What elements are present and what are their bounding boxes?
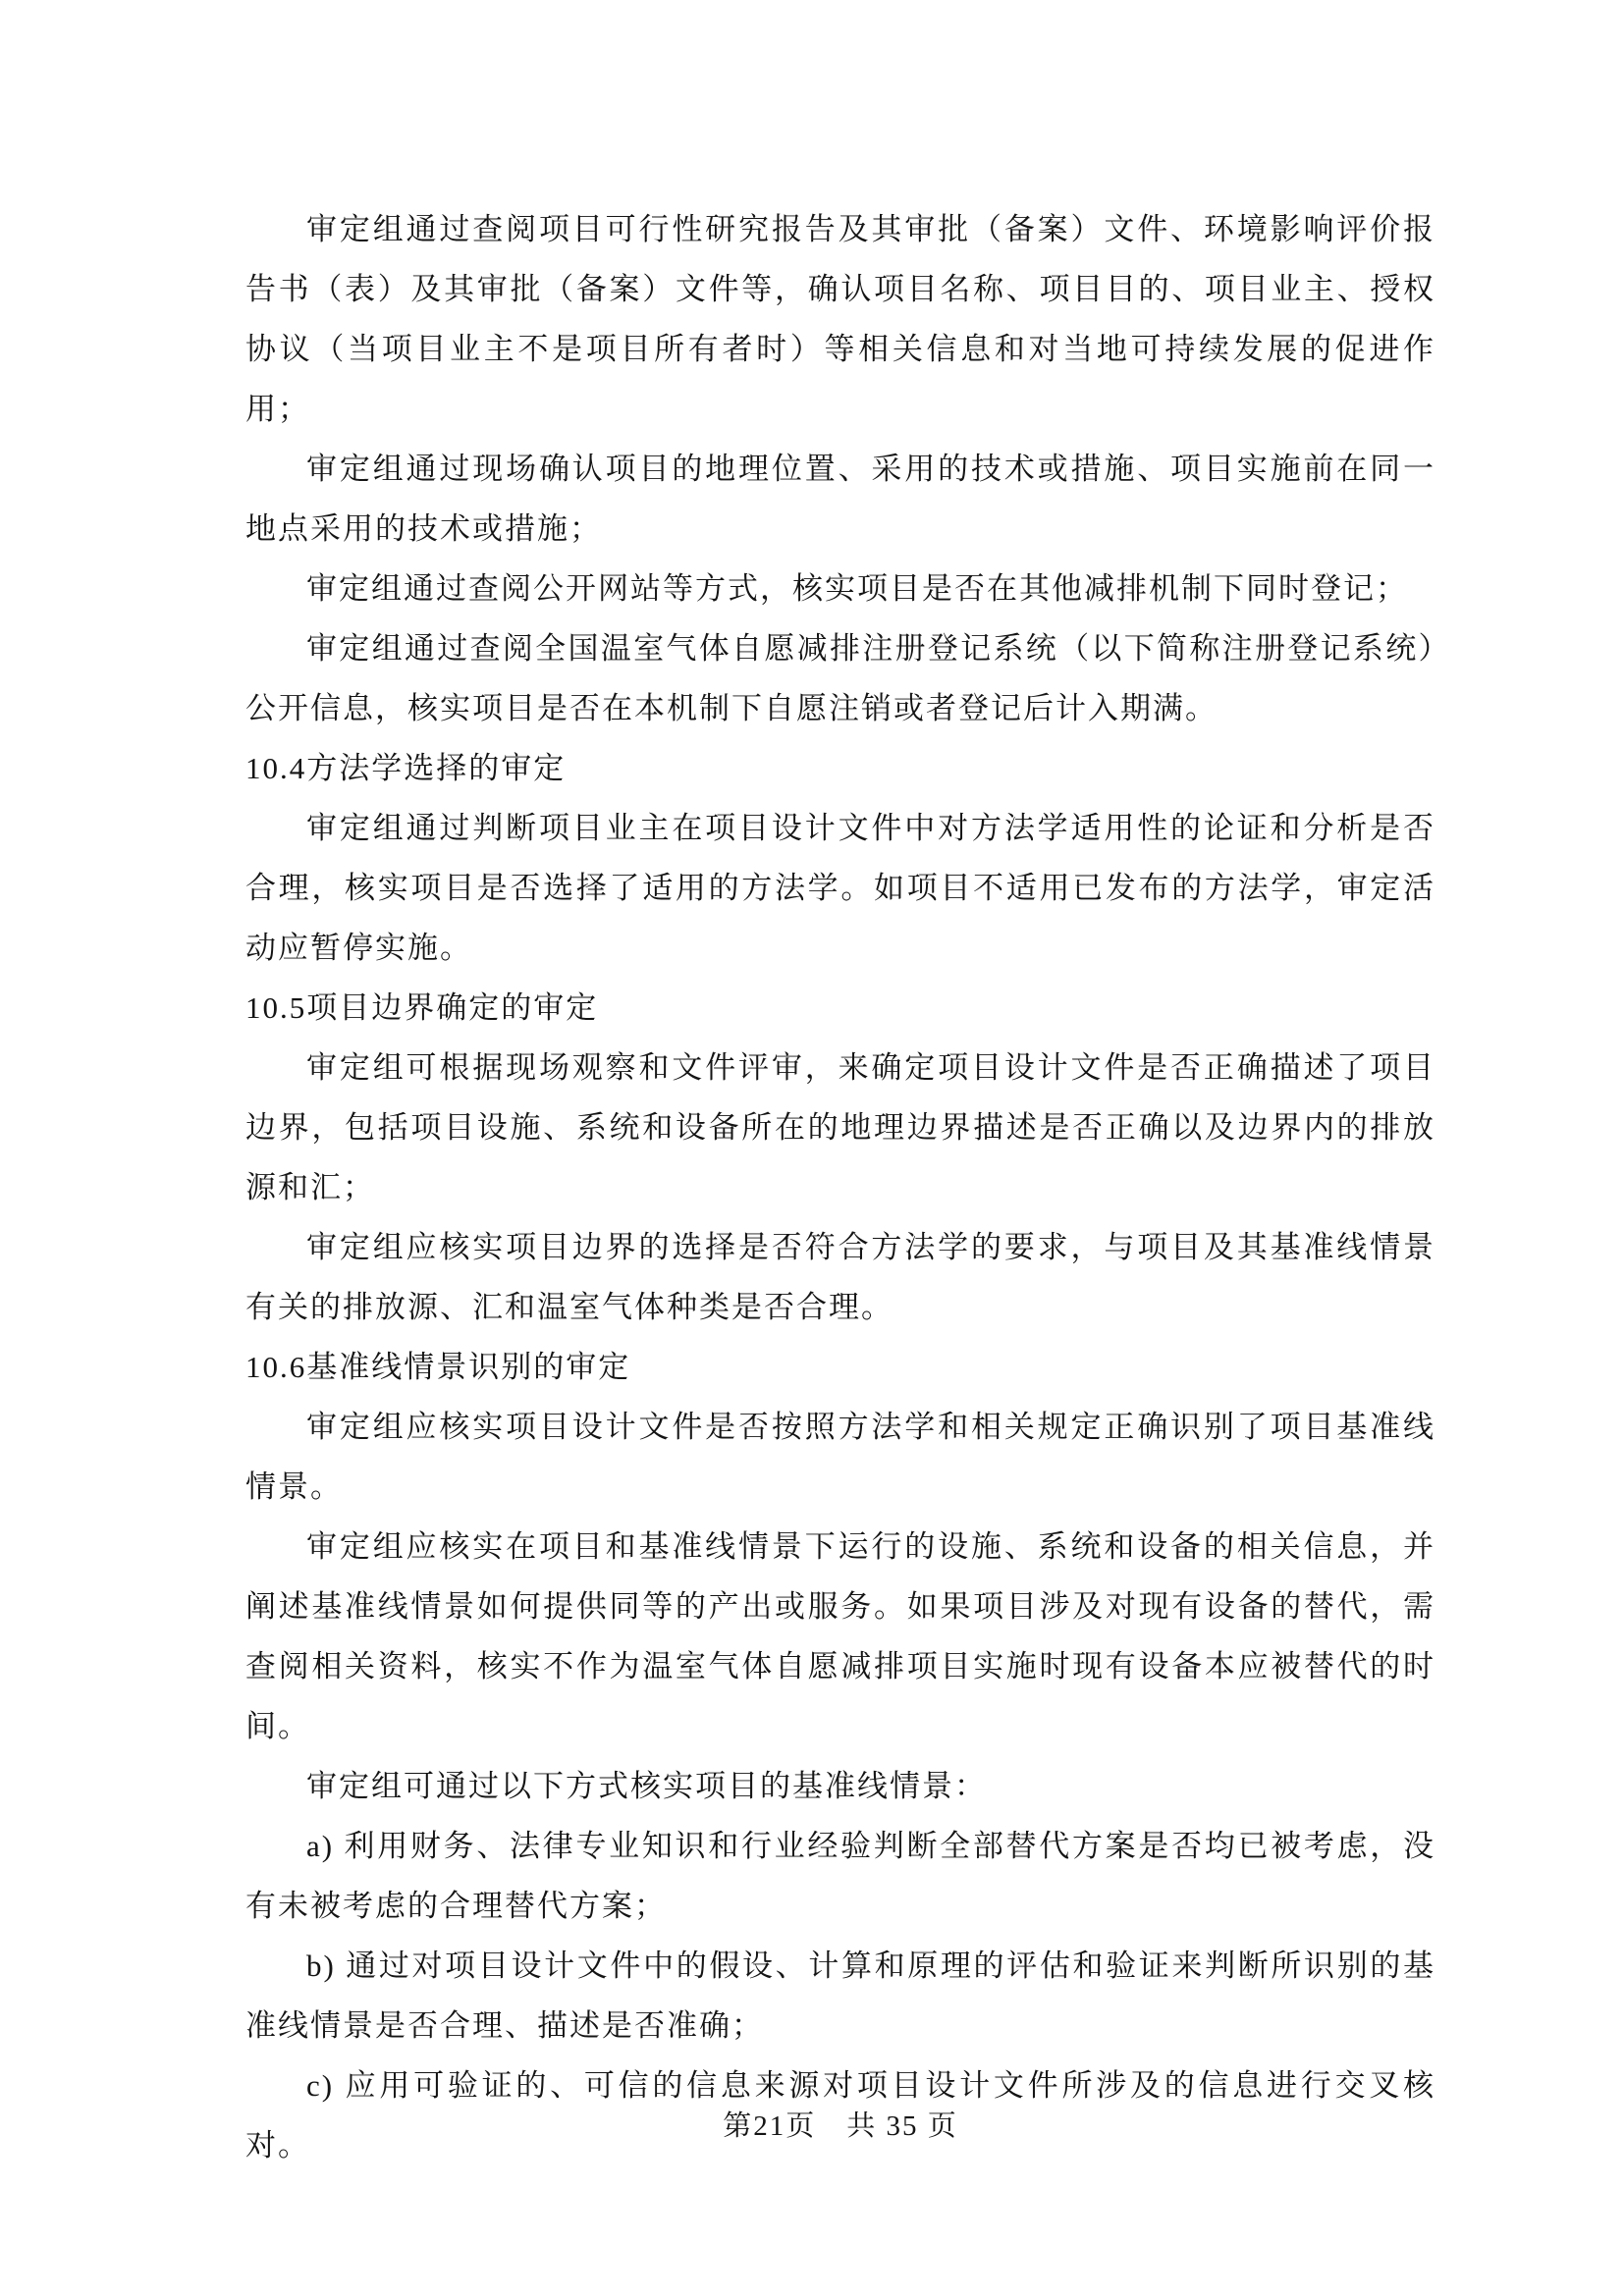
paragraph: 审定组通过查阅项目可行性研究报告及其审批（备案）文件、环境影响评价报告书（表）及… (245, 199, 1435, 439)
section-heading: 10.4方法学选择的审定 (245, 738, 1435, 798)
list-item-b: b) 通过对项目设计文件中的假设、计算和原理的评估和验证来判断所识别的基准线情景… (245, 1936, 1435, 2056)
paragraph: 审定组可根据现场观察和文件评审，来确定项目设计文件是否正确描述了项目边界，包括项… (245, 1038, 1435, 1217)
section-heading: 10.6基准线情景识别的审定 (245, 1337, 1435, 1397)
paragraph: 审定组通过现场确认项目的地理位置、采用的技术或措施、项目实施前在同一地点采用的技… (245, 439, 1435, 559)
paragraph: 审定组通过查阅公开网站等方式，核实项目是否在其他减排机制下同时登记； (245, 559, 1435, 618)
paragraph: 审定组通过判断项目业主在项目设计文件中对方法学适用性的论证和分析是否合理，核实项… (245, 798, 1435, 978)
document-body: 审定组通过查阅项目可行性研究报告及其审批（备案）文件、环境影响评价报告书（表）及… (245, 199, 1435, 2175)
paragraph: 审定组通过查阅全国温室气体自愿减排注册登记系统（以下简称注册登记系统）公开信息，… (245, 618, 1435, 738)
paragraph: 审定组应核实项目边界的选择是否符合方法学的要求，与项目及其基准线情景有关的排放源… (245, 1217, 1435, 1337)
section-heading: 10.5项目边界确定的审定 (245, 978, 1435, 1038)
document-page: 审定组通过查阅项目可行性研究报告及其审批（备案）文件、环境影响评价报告书（表）及… (0, 0, 1624, 2296)
page-footer: 第21页 共 35 页 (245, 2097, 1435, 2157)
paragraph: 审定组可通过以下方式核实项目的基准线情景： (245, 1756, 1435, 1816)
paragraph: 审定组应核实在项目和基准线情景下运行的设施、系统和设备的相关信息，并阐述基准线情… (245, 1517, 1435, 1756)
list-item-a: a) 利用财务、法律专业知识和行业经验判断全部替代方案是否均已被考虑，没有未被考… (245, 1816, 1435, 1936)
paragraph: 审定组应核实项目设计文件是否按照方法学和相关规定正确识别了项目基准线情景。 (245, 1397, 1435, 1517)
